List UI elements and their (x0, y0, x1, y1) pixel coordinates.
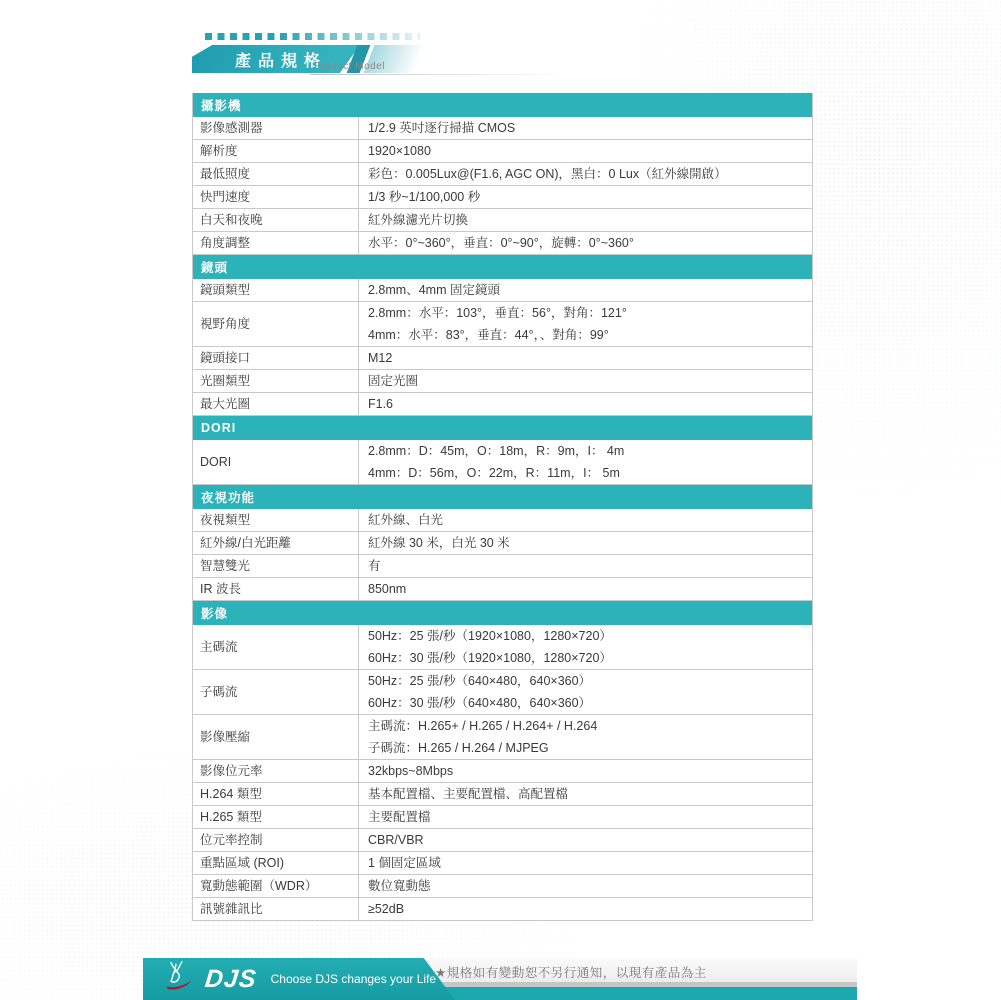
spec-row: 位元率控制CBR/VBR (193, 829, 812, 852)
spec-value-line: 50Hz：25 張/秒（1920×1080，1280×720） (368, 625, 812, 647)
section-header: 夜視功能 (193, 485, 812, 509)
spec-value: 50Hz：25 張/秒（1920×1080，1280×720）60Hz：30 張… (359, 625, 812, 669)
section-header: DORI (193, 416, 812, 440)
spec-value: 固定光圈 (359, 370, 812, 392)
spec-label: H.264 類型 (193, 783, 359, 805)
spec-row: 最大光圈F1.6 (193, 393, 812, 416)
spec-value-line: 水平：0°~360°，垂直：0°~90°，旋轉：0°~360° (368, 232, 812, 254)
spec-value-line: 2.8mm、4mm 固定鏡頭 (368, 279, 812, 301)
spec-value: 基本配置檔、主要配置檔、高配置檔 (359, 783, 812, 805)
spec-value-line: 主碼流：H.265+ / H.265 / H.264+ / H.264 (368, 715, 812, 737)
spec-value: ≥52dB (359, 898, 812, 920)
spec-label-text: 紅外線/白光距離 (200, 532, 291, 554)
spec-row: H.265 類型主要配置檔 (193, 806, 812, 829)
spec-value-line: 1920×1080 (368, 140, 812, 162)
spec-label: 主碼流 (193, 625, 359, 669)
spec-row: 鏡頭類型2.8mm、4mm 固定鏡頭 (193, 279, 812, 302)
spec-value-line: 850nm (368, 578, 812, 600)
spec-label: DORI (193, 440, 359, 484)
spec-value: CBR/VBR (359, 829, 812, 851)
spec-value-line: 基本配置檔、主要配置檔、高配置檔 (368, 783, 812, 805)
spec-value-line: 2.8mm：水平：103°，垂直：56°，對角：121° (368, 302, 812, 324)
header-dash-strip (205, 33, 420, 40)
spec-row: 寬動態範圍（WDR）數位寬動態 (193, 875, 812, 898)
spec-label-text: 光圈類型 (200, 370, 250, 392)
spec-label-text: DORI (200, 451, 231, 473)
footer-tagline: Choose DJS changes your Life (271, 972, 436, 986)
spec-table: 攝影機影像感測器1/2.9 英吋逐行掃描 CMOS解析度1920×1080最低照… (192, 93, 813, 921)
spec-row: 光圈類型固定光圈 (193, 370, 812, 393)
spec-label: 最低照度 (193, 163, 359, 185)
spec-label-text: 位元率控制 (200, 829, 263, 851)
spec-row: 影像位元率32kbps~8Mbps (193, 760, 812, 783)
spec-value: 2.8mm：D：45m，O：18m，R：9m，I： 4m4mm：D：56m，O：… (359, 440, 812, 484)
spec-label-text: 最大光圈 (200, 393, 250, 415)
spec-row: 影像感測器1/2.9 英吋逐行掃描 CMOS (193, 117, 812, 140)
spec-label: H.265 類型 (193, 806, 359, 828)
spec-row: 夜視類型紅外線、白光 (193, 509, 812, 532)
section-header: 影像 (193, 601, 812, 625)
spec-value: 主碼流：H.265+ / H.265 / H.264+ / H.264子碼流：H… (359, 715, 812, 759)
spec-value: 紅外線濾光片切換 (359, 209, 812, 231)
spec-label: 光圈類型 (193, 370, 359, 392)
spec-row: 鏡頭接口M12 (193, 347, 812, 370)
spec-row: 主碼流50Hz：25 張/秒（1920×1080，1280×720）60Hz：3… (193, 625, 812, 670)
spec-label-text: 白天和夜晚 (200, 209, 263, 231)
spec-row: 紅外線/白光距離紅外線 30 米，白光 30 米 (193, 532, 812, 555)
spec-value-line: 固定光圈 (368, 370, 812, 392)
spec-value-line: M12 (368, 347, 812, 369)
footer-disclaimer: ★規格如有變動恕不另行通知，以現有產品為主 (435, 963, 707, 981)
spec-value-line: 紅外線、白光 (368, 509, 812, 531)
spec-value-line: 60Hz：30 張/秒（640×480，640×360） (368, 692, 812, 714)
spec-label: 影像感測器 (193, 117, 359, 139)
spec-label: 視野角度 (193, 302, 359, 346)
spec-value: 主要配置檔 (359, 806, 812, 828)
spec-label-text: 智慧雙光 (200, 555, 250, 577)
spec-label-text: 重點區域 (ROI) (200, 852, 284, 874)
spec-value-line: 彩色：0.005Lux@(F1.6, AGC ON)，黑白：0 Lux（紅外線開… (368, 163, 812, 185)
spec-value-line: 子碼流：H.265 / H.264 / MJPEG (368, 737, 812, 759)
spec-label-text: 快門速度 (200, 186, 250, 208)
spec-row: 訊號雜訊比≥52dB (193, 898, 812, 921)
spec-value-line: 1/3 秒~1/100,000 秒 (368, 186, 812, 208)
spec-label-text: 寬動態範圍（WDR） (200, 875, 317, 897)
spec-label: 鏡頭接口 (193, 347, 359, 369)
spec-row: 最低照度彩色：0.005Lux@(F1.6, AGC ON)，黑白：0 Lux（… (193, 163, 812, 186)
spec-value-line: 4mm：水平：83°，垂直：44°，、對角：99° (368, 324, 812, 346)
spec-label-text: 影像感測器 (200, 117, 263, 139)
section-header: 鏡頭 (193, 255, 812, 279)
djs-deer-logo-icon (165, 960, 199, 999)
spec-value-line: F1.6 (368, 393, 812, 415)
spec-value: F1.6 (359, 393, 812, 415)
spec-value: 1/2.9 英吋逐行掃描 CMOS (359, 117, 812, 139)
spec-value-line: 1/2.9 英吋逐行掃描 CMOS (368, 117, 812, 139)
spec-value: 850nm (359, 578, 812, 600)
spec-label-text: 子碼流 (200, 681, 238, 703)
spec-label: 鏡頭類型 (193, 279, 359, 301)
spec-value: 有 (359, 555, 812, 577)
spec-value: 紅外線、白光 (359, 509, 812, 531)
spec-value-line: 有 (368, 555, 812, 577)
spec-value: 1/3 秒~1/100,000 秒 (359, 186, 812, 208)
spec-label: 紅外線/白光距離 (193, 532, 359, 554)
spec-row: H.264 類型基本配置檔、主要配置檔、高配置檔 (193, 783, 812, 806)
spec-value-line: 數位寬動態 (368, 875, 812, 897)
spec-label-text: 視野角度 (200, 313, 250, 335)
spec-value: 1 個固定區域 (359, 852, 812, 874)
spec-label: 夜視類型 (193, 509, 359, 531)
spec-label-text: 角度調整 (200, 232, 250, 254)
spec-row: 白天和夜晚紅外線濾光片切換 (193, 209, 812, 232)
spec-label: 位元率控制 (193, 829, 359, 851)
spec-label: 解析度 (193, 140, 359, 162)
spec-label-text: 影像壓縮 (200, 726, 250, 748)
spec-value: 2.8mm：水平：103°，垂直：56°，對角：121°4mm：水平：83°，垂… (359, 302, 812, 346)
spec-label: 寬動態範圍（WDR） (193, 875, 359, 897)
spec-value: 2.8mm、4mm 固定鏡頭 (359, 279, 812, 301)
spec-label: 最大光圈 (193, 393, 359, 415)
spec-label-text: H.265 類型 (200, 806, 262, 828)
djs-logo-text: DJS (203, 965, 258, 994)
spec-value-line: 50Hz：25 張/秒（640×480，640×360） (368, 670, 812, 692)
spec-label-text: IR 波長 (200, 578, 241, 600)
spec-value: 50Hz：25 張/秒（640×480，640×360）60Hz：30 張/秒（… (359, 670, 812, 714)
spec-value: 紅外線 30 米，白光 30 米 (359, 532, 812, 554)
spec-value: 彩色：0.005Lux@(F1.6, AGC ON)，黑白：0 Lux（紅外線開… (359, 163, 812, 185)
spec-row: 快門速度1/3 秒~1/100,000 秒 (193, 186, 812, 209)
spec-label: 重點區域 (ROI) (193, 852, 359, 874)
spec-row: 視野角度2.8mm：水平：103°，垂直：56°，對角：121°4mm：水平：8… (193, 302, 812, 347)
spec-value-line: 紅外線濾光片切換 (368, 209, 812, 231)
spec-label-text: 主碼流 (200, 636, 238, 658)
spec-value-line: 紅外線 30 米，白光 30 米 (368, 532, 812, 554)
spec-label: 角度調整 (193, 232, 359, 254)
section-header: 攝影機 (193, 93, 812, 117)
spec-label: 子碼流 (193, 670, 359, 714)
spec-label-text: 解析度 (200, 140, 238, 162)
spec-value-line: CBR/VBR (368, 829, 812, 851)
subtitle-underline (310, 74, 572, 75)
spec-value: 32kbps~8Mbps (359, 760, 812, 782)
spec-label-text: 訊號雜訊比 (200, 898, 263, 920)
spec-label: 智慧雙光 (193, 555, 359, 577)
spec-label-text: 影像位元率 (200, 760, 263, 782)
spec-value: 數位寬動態 (359, 875, 812, 897)
spec-row: 子碼流50Hz：25 張/秒（640×480，640×360）60Hz：30 張… (193, 670, 812, 715)
spec-value-line: 32kbps~8Mbps (368, 760, 812, 782)
spec-label: 快門速度 (193, 186, 359, 208)
spec-row: 解析度1920×1080 (193, 140, 812, 163)
spec-value-line: 4mm：D：56m，O：22m，R：11m，I： 5m (368, 462, 812, 484)
spec-row: DORI2.8mm：D：45m，O：18m，R：9m，I： 4m4mm：D：56… (193, 440, 812, 485)
spec-value-line: 2.8mm：D：45m，O：18m，R：9m，I： 4m (368, 440, 812, 462)
spec-value-line: ≥52dB (368, 898, 812, 920)
spec-value-line: 主要配置檔 (368, 806, 812, 828)
footer-logo-block: DJS Choose DJS changes your Life (143, 958, 455, 1000)
spec-value-line: 60Hz：30 張/秒（1920×1080，1280×720） (368, 647, 812, 669)
spec-label-text: 最低照度 (200, 163, 250, 185)
spec-label: 訊號雜訊比 (193, 898, 359, 920)
spec-sheet-page: 產品規格 Product Model 攝影機影像感測器1/2.9 英吋逐行掃描 … (0, 0, 1001, 1000)
spec-label-text: 夜視類型 (200, 509, 250, 531)
spec-label-text: 鏡頭接口 (200, 347, 250, 369)
spec-label: 影像壓縮 (193, 715, 359, 759)
spec-value: M12 (359, 347, 812, 369)
spec-value-line: 1 個固定區域 (368, 852, 812, 874)
spec-value: 1920×1080 (359, 140, 812, 162)
spec-label-text: H.264 類型 (200, 783, 262, 805)
footer-banner: ★規格如有變動恕不另行通知，以現有產品為主 DJS Choose DJS cha… (143, 958, 857, 1000)
spec-row: 智慧雙光有 (193, 555, 812, 578)
spec-row: 影像壓縮主碼流：H.265+ / H.265 / H.264+ / H.264子… (193, 715, 812, 760)
spec-value: 水平：0°~360°，垂直：0°~90°，旋轉：0°~360° (359, 232, 812, 254)
page-subtitle: Product Model (314, 61, 385, 72)
spec-label: 白天和夜晚 (193, 209, 359, 231)
spec-label: 影像位元率 (193, 760, 359, 782)
spec-label-text: 鏡頭類型 (200, 279, 250, 301)
page-title: 產品規格 (225, 48, 327, 71)
spec-row: IR 波長850nm (193, 578, 812, 601)
spec-label: IR 波長 (193, 578, 359, 600)
spec-row: 角度調整水平：0°~360°，垂直：0°~90°，旋轉：0°~360° (193, 232, 812, 255)
spec-row: 重點區域 (ROI)1 個固定區域 (193, 852, 812, 875)
